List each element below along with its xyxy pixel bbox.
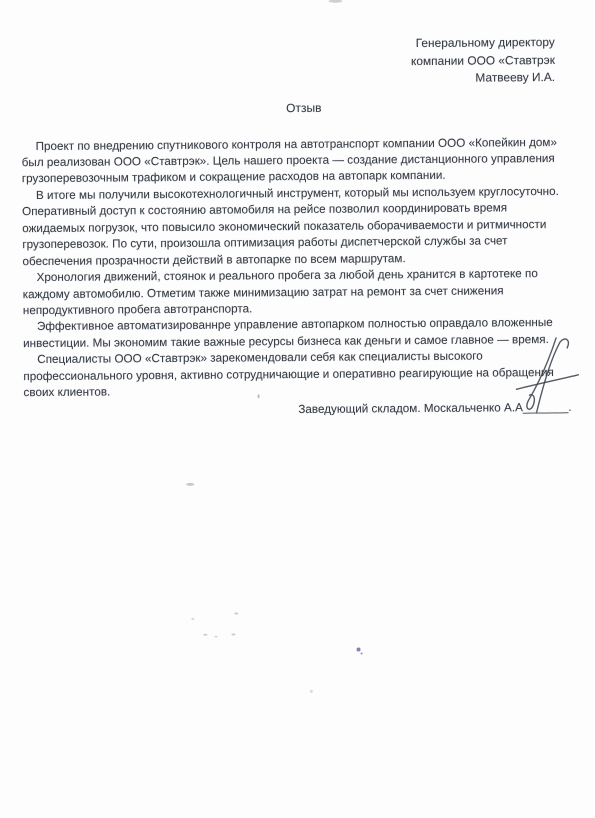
recipient-line-3: Матвееву И.А.	[0, 69, 555, 91]
scan-speck	[328, 0, 342, 3]
blue-ink-speck	[357, 648, 361, 652]
document-page: Генеральному директору компании ООО «Ста…	[0, 0, 595, 818]
scan-speck	[203, 634, 207, 636]
scan-speck	[186, 483, 194, 486]
signature-underline: _______	[523, 401, 569, 414]
signature-period: .	[568, 401, 571, 414]
signature-line: Заведующий складом. Москальченко А.А____…	[1, 399, 595, 420]
scan-speck	[231, 633, 235, 635]
letter-body: Проект по внедрению спутникового контрол…	[22, 134, 582, 402]
blue-ink-speck	[361, 652, 363, 654]
scan-speck	[310, 690, 313, 693]
recipient-block: Генеральному директору компании ООО «Ста…	[0, 34, 555, 91]
body-line: своих клиентов.	[23, 381, 581, 402]
document-title: Отзыв	[6, 98, 595, 117]
scan-speck	[214, 636, 217, 638]
scan-content: Генеральному директору компании ООО «Ста…	[0, 0, 595, 818]
scan-speck	[234, 612, 238, 614]
signature-caption: Заведующий складом. Москальченко А.А	[298, 401, 523, 416]
scan-speck	[258, 394, 260, 398]
scan-speck	[191, 618, 194, 620]
